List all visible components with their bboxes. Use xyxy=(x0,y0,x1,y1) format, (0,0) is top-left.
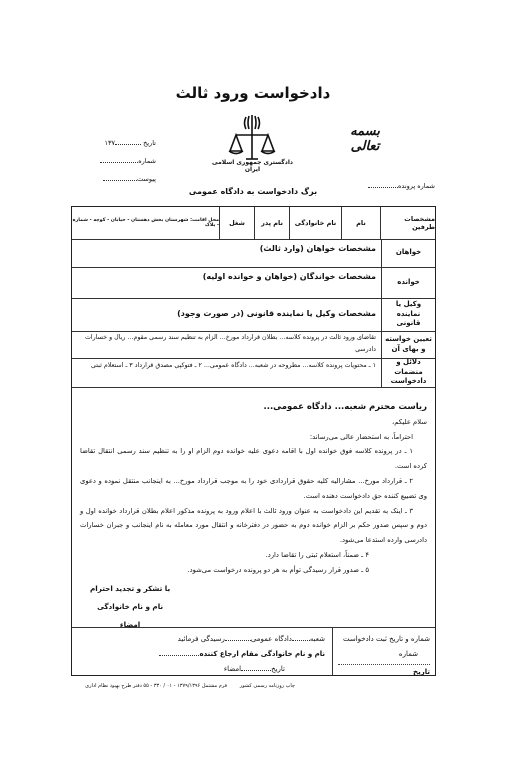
registry-footer: شماره و تاریخ ثبت دادخواست شماره تاریخ ش… xyxy=(72,627,435,675)
attorney-details[interactable]: مشخصات وکیل یا نماینده قانونی (در صورت و… xyxy=(72,298,380,331)
referrer-label: نام و نام خانوادگی مقام ارجاع کننده xyxy=(199,650,325,658)
plaintiff-details-text: مشخصات خواهان (وارد ثالث) xyxy=(260,244,376,253)
number-label: شماره xyxy=(138,157,156,165)
table-row: دلائل و منضمات دادخواست ۱ ـ محتویات پرون… xyxy=(72,358,435,388)
row-label-attorney: وکیل یا نماینده قانونی xyxy=(381,298,435,331)
registry-number-label: شماره xyxy=(338,647,430,662)
petition-item-3: ۳ ـ اینک به تقدیم این دادخواست به عنوان … xyxy=(80,504,427,548)
registry-label: شماره و تاریخ ثبت دادخواست xyxy=(338,632,430,647)
col-header-surname: نام خانوادگی xyxy=(289,207,341,239)
date-label: تاریخ xyxy=(143,139,156,147)
printer-note: چاپ روزنامه رسمی کشور xyxy=(235,683,295,689)
referral-box: شعبهدادگاه عمومیرسیدگی فرمائید نام و نام… xyxy=(72,628,331,675)
row-label-evidence: دلائل و منضمات دادخواست xyxy=(381,358,435,387)
col-header-parties: مشخصات طرفین xyxy=(380,207,435,239)
table-header-row: مشخصات طرفین نام نام خانوادگی نام پدر شغ… xyxy=(72,207,435,240)
branch-label: شعبه xyxy=(310,635,325,643)
signature-block: با تشکر و تجدید احترام نام و نام خانوادگ… xyxy=(90,580,170,634)
petition-item-4: ۴ ـ ضمناً، استعلام ثبتی را تقاضا دارد. xyxy=(80,548,427,563)
registry-box: شماره و تاریخ ثبت دادخواست شماره تاریخ xyxy=(332,628,435,675)
court-label: دادگاه عمومی xyxy=(251,635,292,643)
plaintiff-details[interactable]: مشخصات خواهان (وارد ثالث) xyxy=(72,239,380,267)
col-header-father-name: نام پدر xyxy=(254,207,289,239)
form-subtitle: برگ دادخواست به دادگاه عمومی xyxy=(0,187,506,196)
petition-item-1: ۱ ـ در پرونده کلاسه فوق خوانده اول با اق… xyxy=(80,444,427,474)
attachment-label: پیوست xyxy=(137,175,156,183)
greeting: سلام علیکم، xyxy=(80,415,427,430)
emblem-caption: دادگستری جمهوری اسلامی ایران xyxy=(205,159,300,173)
date-value: ۱۳۷ xyxy=(105,139,115,147)
referral-signature-label: امضاء xyxy=(224,665,241,673)
col-header-occupation: شغل xyxy=(219,207,254,239)
registry-date-label: تاریخ xyxy=(338,664,430,680)
table-row: وکیل یا نماینده قانونی مشخصات وکیل یا نم… xyxy=(72,298,435,332)
row-label-claim: تعیین خواسته و بهای آن xyxy=(381,331,435,358)
form-title: دادخواست ورود ثالث xyxy=(0,84,506,102)
col-header-address: محل اقامت: شهرستان بخش دهستان - خیابان -… xyxy=(72,207,219,239)
referral-date-line[interactable]: تاریخامضاء xyxy=(78,662,325,677)
evidence-details[interactable]: ۱ ـ محتویات پرونده کلاسه... مطروحه در شع… xyxy=(72,358,380,387)
review-label: رسیدگی فرمائید xyxy=(178,635,225,643)
attorney-details-text: مشخصات وکیل یا نماینده قانونی (در صورت و… xyxy=(177,309,376,318)
salutation-heading: ریاست محترم شعبه... دادگاه عمومی... xyxy=(80,400,427,415)
referrer-line[interactable]: نام و نام خانوادگی مقام ارجاع کننده xyxy=(78,647,325,662)
referral-branch-line[interactable]: شعبهدادگاه عمومیرسیدگی فرمائید xyxy=(78,632,325,647)
intro-line: احتراماً، به استحضار عالی می‌رساند: xyxy=(80,430,427,445)
table-row: خواهان مشخصات خواهان (وارد ثالث) xyxy=(72,239,435,268)
row-label-plaintiff: خواهان xyxy=(381,239,435,267)
number-field[interactable]: شماره xyxy=(90,156,156,165)
petition-body[interactable]: ریاست محترم شعبه... دادگاه عمومی... سلام… xyxy=(72,394,435,622)
col-header-name: نام xyxy=(341,207,380,239)
petition-item-5: ۵ ـ صدور قرار رسیدگی توأم به هر دو پروند… xyxy=(80,563,427,578)
defendant-details-text: مشخصات خواندگان (خواهان و خوانده اولیه) xyxy=(203,272,376,281)
petition-item-2: ۲ ـ قرارداد مورخ... مشارالیه کلیه حقوق ق… xyxy=(80,474,427,504)
referral-date-label: تاریخ xyxy=(271,665,285,673)
name-label: نام و نام خانوادگی xyxy=(90,598,170,616)
table-row: خوانده مشخصات خواندگان (خواهان و خوانده … xyxy=(72,267,435,299)
petition-form: مشخصات طرفین نام نام خانوادگی نام پدر شغ… xyxy=(71,206,436,676)
attachment-field[interactable]: پیوست xyxy=(88,174,156,183)
claim-details[interactable]: تقاضای ورود ثالث در پرونده کلاسه... بطلا… xyxy=(72,331,380,358)
bismillah-calligraphy: بسمه تعالی xyxy=(340,124,390,154)
table-row: تعیین خواسته و بهای آن تقاضای ورود ثالث … xyxy=(72,331,435,359)
defendant-details[interactable]: مشخصات خواندگان (خواهان و خوانده اولیه) xyxy=(72,267,380,298)
form-code-note: فرم مشتمل ۱۳۷۹/۱۳۹۶ - ۰۱ / ۳۳۰ - ۵۵ دفتر… xyxy=(87,683,227,689)
closing-line: با تشکر و تجدید احترام xyxy=(90,580,170,598)
row-label-defendant: خوانده xyxy=(381,267,435,298)
date-field[interactable]: تاریخ ۱۳۷ xyxy=(86,138,156,147)
